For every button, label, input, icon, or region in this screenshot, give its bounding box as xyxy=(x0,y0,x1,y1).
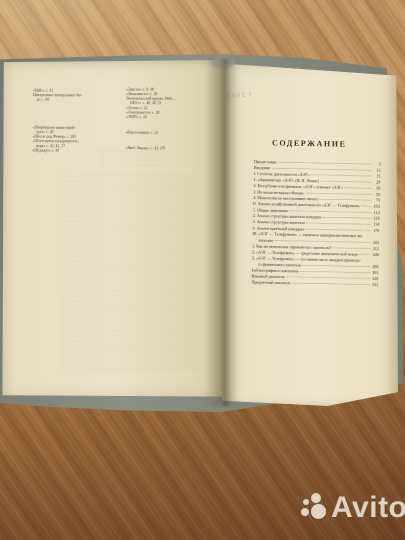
dot-leader xyxy=(320,199,372,201)
index-column-2: «Эдисон» с. 8, 48«Экономисте» с. 39Эконо… xyxy=(125,87,220,151)
index-entry: ро с. 64 xyxy=(33,97,128,102)
dot-leader xyxy=(286,277,370,279)
dot-leader xyxy=(333,247,371,248)
dot-leader xyxy=(359,254,370,255)
dot-leader xyxy=(271,168,372,171)
dot-leader xyxy=(292,283,370,285)
dot-leader xyxy=(302,265,370,267)
index-entry: «Шуккерт» с. 49 xyxy=(32,148,127,153)
dot-leader xyxy=(320,181,372,183)
dot-leader xyxy=(278,162,372,164)
index-entry: «Юротехника» с. 23 xyxy=(126,130,221,135)
photo-of-open-book: «Цейс» с. 91Центральное контрольное бю-р… xyxy=(0,0,405,540)
avito-logo-icon xyxy=(299,491,328,524)
dot-leader xyxy=(289,210,371,212)
dot-leader xyxy=(274,240,370,242)
index-column-1: «Цейс» с. 91Центральное контрольное бю-р… xyxy=(32,88,127,154)
dot-leader xyxy=(361,206,371,207)
toc-entry-label: Предметный указатель xyxy=(251,280,290,287)
toc-page-number: 176 xyxy=(372,228,379,234)
index-entry: «Якоб Ландау» с. 42, 291 xyxy=(125,146,220,151)
contents-heading: СОДЕРЖАНИЕ xyxy=(272,138,347,148)
dot-leader xyxy=(306,193,372,195)
dot-leader xyxy=(306,229,371,231)
dot-leader xyxy=(300,271,370,273)
dot-leader xyxy=(345,187,372,188)
toc-list: Предисловие5Введение13I. Столетие деятел… xyxy=(251,159,380,288)
toc-page-number: 246 xyxy=(372,252,379,258)
toc-page-number: 333 xyxy=(371,282,378,288)
avito-wordmark: Avito xyxy=(331,491,405,524)
index-entry: «ЭШП» с. 22 xyxy=(126,115,221,120)
dot-leader xyxy=(306,223,371,225)
avito-watermark: Avito xyxy=(299,491,405,524)
dot-leader xyxy=(323,217,371,218)
dot-leader xyxy=(311,175,372,177)
show-through-text xyxy=(57,174,200,376)
